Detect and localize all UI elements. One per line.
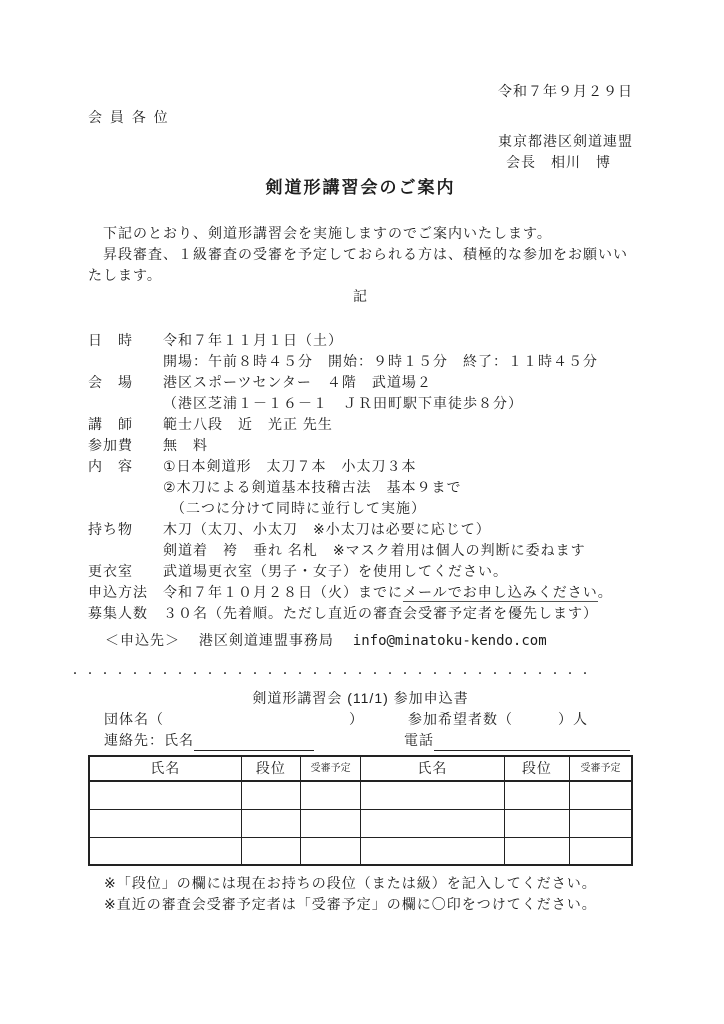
cell-empty	[360, 809, 504, 837]
cell-empty	[241, 809, 301, 837]
detail-text: 武道場更衣室（男子・女子）を使用してください。	[163, 561, 508, 582]
detail-label: 会 場	[88, 372, 163, 393]
detail-text: 港区スポーツセンター ４階 武道場２	[163, 372, 432, 393]
cell-empty	[301, 781, 361, 809]
detail-text: 剣道着 袴 垂れ 名札 ※マスク着用は個人の判断に委ねます	[163, 540, 586, 561]
issue-date: 令和７年９月２９日	[88, 81, 633, 102]
footnote-rank: ※「段位」の欄には現在お持ちの段位（または級）を記入してください。	[104, 873, 633, 894]
cell-empty	[360, 837, 504, 865]
application-contact: ＜申込先＞ 港区剣道連盟事務局 info@minatoku-kendo.com	[88, 630, 633, 652]
detail-line-content-cont2: （二つに分けて同時に並行して実施）	[88, 498, 633, 519]
detail-line-venue: 会 場 港区スポーツセンター ４階 武道場２	[88, 372, 633, 393]
contact-bracket-label: ＜申込先＞	[105, 632, 180, 648]
cell-empty	[504, 837, 569, 865]
form-row-contact: 連絡先：氏名 電話	[88, 730, 633, 751]
detail-label: 内 容	[88, 456, 163, 477]
detail-line-changing-room: 更衣室 武道場更衣室（男子・女子）を使用してください。	[88, 561, 633, 582]
cell-empty	[504, 809, 569, 837]
phone-label: 電話	[404, 730, 434, 751]
cell-empty	[570, 781, 632, 809]
underlined-apply-text: メールでお申し込みください	[403, 584, 598, 602]
roster-table: 氏名 段位 受審予定 氏名 段位 受審予定	[88, 755, 633, 866]
header-rank-1: 段位	[241, 756, 301, 781]
detail-text: ②木刀による剣道基本技稽古法 基本９まで	[163, 477, 462, 498]
header-exam-plan-2: 受審予定	[570, 756, 632, 781]
document-page: 令和７年９月２９日 会 員 各 位 東京都港区剣道連盟 会長 相川 博 剣道形講…	[0, 0, 724, 915]
detail-label: 日 時	[88, 330, 163, 351]
cell-empty	[241, 781, 301, 809]
cut-line-separator: ・・・・・・・・・・・・・・・・・・・・・・・・・・・・・・・・・・・	[70, 666, 633, 684]
cell-empty	[241, 837, 301, 865]
contact-name-blank	[194, 734, 314, 751]
form-row-group: 団体名（ ） 参加希望者数（ ）人	[88, 709, 633, 730]
application-form-title: 剣道形講習会 (11/1) 参加申込書	[88, 688, 633, 709]
chairman-name: 会長 相川 博	[88, 152, 633, 173]
intro-line: たします。	[88, 265, 633, 286]
intro-paragraph: 下記のとおり、剣道形講習会を実施しますのでご案内いたします。 昇段審査、１級審査…	[88, 223, 633, 307]
roster-row	[89, 809, 632, 837]
cell-empty	[570, 809, 632, 837]
phone-blank	[434, 734, 630, 751]
contact-office-name: 港区剣道連盟事務局	[199, 632, 334, 648]
detail-label: 持ち物	[88, 519, 163, 540]
detail-line-datetime-cont: 開場：午前８時４５分 開始：９時１５分 終了：１１時４５分	[88, 351, 633, 372]
detail-text: （二つに分けて同時に並行して実施）	[163, 498, 426, 519]
detail-line-venue-cont: （港区芝浦１－１６－１ ＪＲ田町駅下車徒歩８分）	[88, 393, 633, 414]
detail-line-application: 申込方法 令和７年１０月２８日（火）までにメールでお申し込みください。	[88, 582, 633, 603]
header-name-1: 氏名	[89, 756, 241, 781]
header-name-2: 氏名	[360, 756, 504, 781]
cell-empty	[89, 781, 241, 809]
detail-text: 開場：午前８時４５分 開始：９時１５分 終了：１１時４５分	[163, 351, 598, 372]
organization-name: 東京都港区剣道連盟	[88, 131, 633, 152]
detail-line-belongings: 持ち物 木刀（太刀、小太刀 ※小太刀は必要に応じて）	[88, 519, 633, 540]
group-name-close-paren: ）	[349, 709, 364, 730]
header-rank-2: 段位	[504, 756, 569, 781]
footnote-exam-plan: ※直近の審査会受審予定者は「受審予定」の欄に〇印をつけてください。	[104, 894, 633, 915]
detail-line-content-cont: ②木刀による剣道基本技稽古法 基本９まで	[88, 477, 633, 498]
cell-empty	[89, 809, 241, 837]
contact-email: info@minatoku-kendo.com	[353, 633, 547, 649]
detail-text: 令和７年１１月１日（土）	[163, 330, 343, 351]
intro-line: 昇段審査、１級審査の受審を予定しておられる方は、積極的な参加をお願いい	[88, 244, 633, 265]
ki-marker: 記	[88, 286, 633, 307]
cell-empty	[360, 781, 504, 809]
detail-text: 木刀（太刀、小太刀 ※小太刀は必要に応じて）	[163, 519, 491, 540]
detail-text: ①日本剣道形 太刀７本 小太刀３本	[163, 456, 417, 477]
footnotes: ※「段位」の欄には現在お持ちの段位（または級）を記入してください。 ※直近の審査…	[88, 873, 633, 915]
roster-header-row: 氏名 段位 受審予定 氏名 段位 受審予定	[89, 756, 632, 781]
detail-line-instructor: 講 師 範士八段 近 光正 先生	[88, 414, 633, 435]
detail-text: 範士八段 近 光正 先生	[163, 414, 333, 435]
cell-empty	[301, 809, 361, 837]
roster-row	[89, 781, 632, 809]
detail-text: 無 料	[163, 435, 208, 456]
intro-line: 下記のとおり、剣道形講習会を実施しますのでご案内いたします。	[88, 223, 633, 244]
roster-row	[89, 837, 632, 865]
group-name-label: 団体名（	[104, 709, 164, 730]
detail-label: 更衣室	[88, 561, 163, 582]
detail-line-fee: 参加費 無 料	[88, 435, 633, 456]
recipient-line: 会 員 各 位	[88, 107, 633, 128]
detail-label: 募集人数	[88, 603, 163, 624]
detail-text: （港区芝浦１－１６－１ ＪＲ田町駅下車徒歩８分）	[163, 393, 523, 414]
cell-empty	[570, 837, 632, 865]
detail-label: 申込方法	[88, 582, 163, 603]
cell-empty	[301, 837, 361, 865]
detail-line-belongings-cont: 剣道着 袴 垂れ 名札 ※マスク着用は個人の判断に委ねます	[88, 540, 633, 561]
participants-count-label: 参加希望者数（ ）人	[408, 709, 588, 730]
detail-line-datetime: 日 時 令和７年１１月１日（土）	[88, 330, 633, 351]
cell-empty	[504, 781, 569, 809]
cell-empty	[89, 837, 241, 865]
detail-line-content: 内 容 ①日本剣道形 太刀７本 小太刀３本	[88, 456, 633, 477]
header-exam-plan-1: 受審予定	[301, 756, 361, 781]
detail-text: 令和７年１０月２８日（火）までにメールでお申し込みください。	[163, 582, 613, 603]
detail-label: 参加費	[88, 435, 163, 456]
detail-line-capacity: 募集人数 ３０名（先着順。ただし直近の審査会受審予定者を優先します）	[88, 603, 633, 624]
detail-text: ３０名（先着順。ただし直近の審査会受審予定者を優先します）	[163, 603, 598, 624]
details-list: 日 時 令和７年１１月１日（土） 開場：午前８時４５分 開始：９時１５分 終了：…	[88, 330, 633, 624]
contact-name-label: 連絡先：氏名	[104, 730, 194, 751]
page-title: 剣道形講習会のご案内	[88, 175, 633, 201]
detail-label: 講 師	[88, 414, 163, 435]
